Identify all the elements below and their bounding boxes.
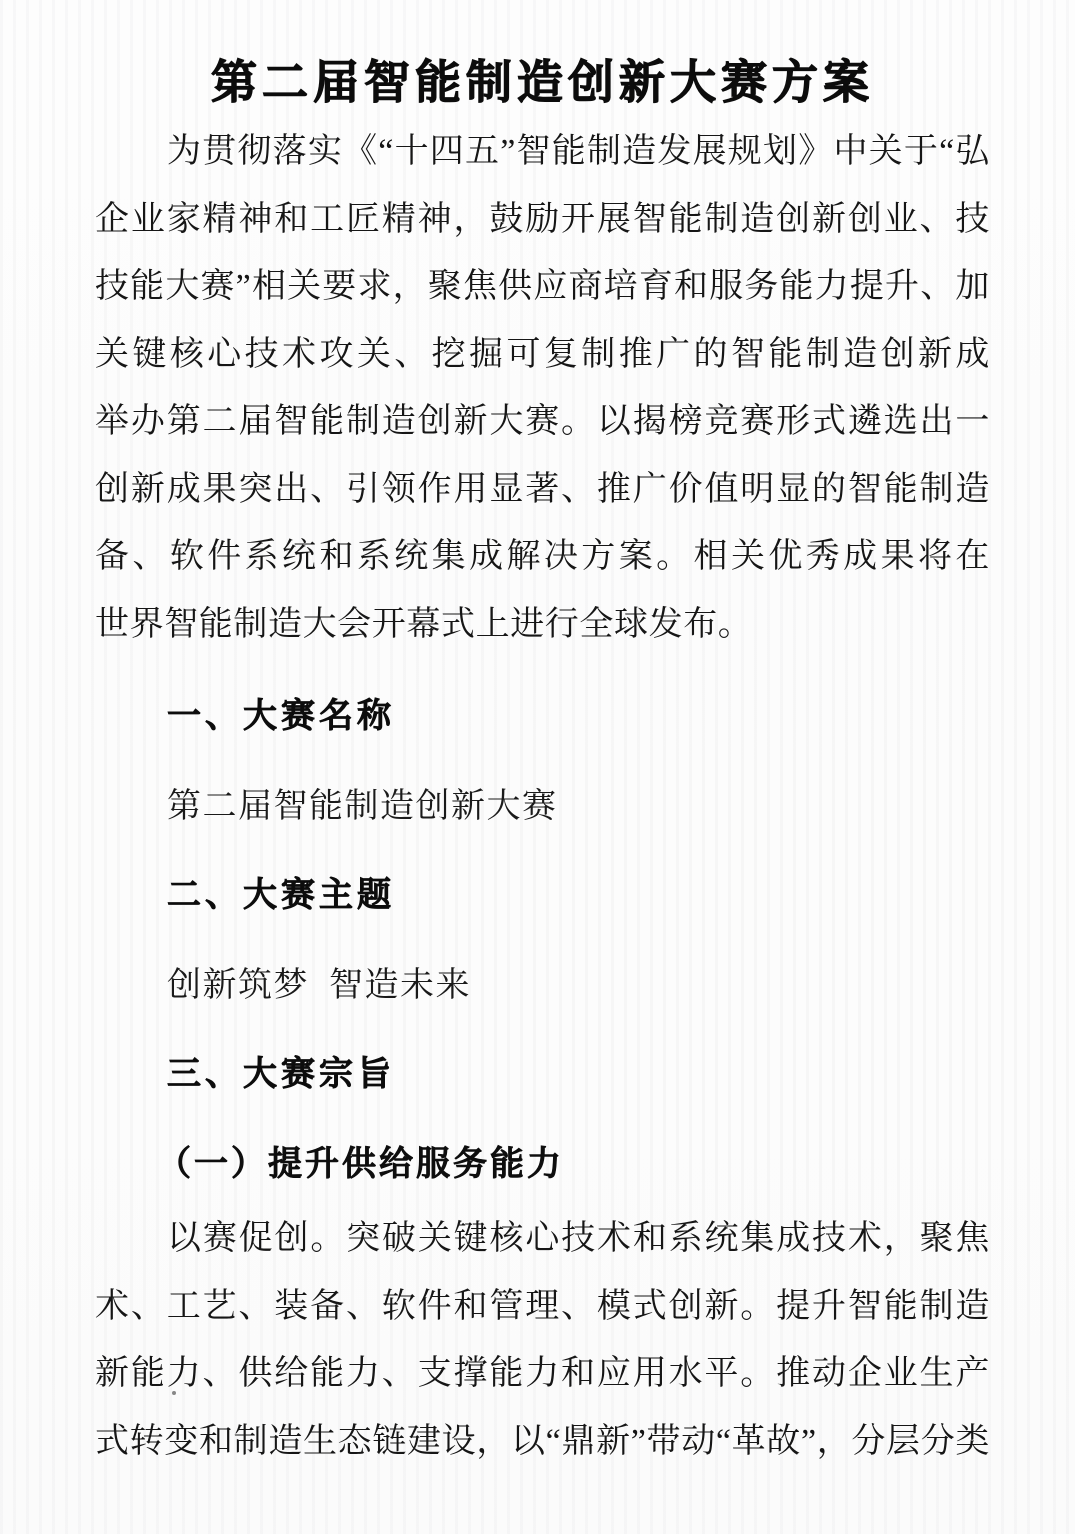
paragraph-line: 备、软件系统和系统集成解决方案。相关优秀成果将在 2022 [95, 523, 990, 591]
paragraph-line: 为贯彻落实《“十四五”智能制造发展规划》中关于“弘扬 [95, 118, 990, 186]
intro-paragraph: 为贯彻落实《“十四五”智能制造发展规划》中关于“弘扬 企业家精神和工匠精神，鼓励… [95, 118, 990, 658]
paragraph-line: 新能力、供给能力、支撑能力和应用水平。推动企业生产模 [95, 1340, 990, 1408]
paragraph-line: 术、工艺、装备、软件和管理、模式创新。提升智能制造创 [95, 1273, 990, 1341]
section-heading-3: 三、大赛宗旨 [95, 1041, 990, 1109]
paragraph-line: 技能大赛”相关要求，聚焦供应商培育和服务能力提升、加强 [95, 253, 990, 321]
section-heading-2: 二、大赛主题 [95, 862, 990, 930]
section-body-1: 第二届智能制造创新大赛 [95, 773, 990, 841]
scan-speck [172, 1391, 176, 1395]
paragraph-line: 世界智能制造大会开幕式上进行全球发布。 [95, 591, 990, 659]
section-body-2: 创新筑梦 智造未来 [95, 952, 990, 1020]
subsection-heading: （一）提升供给服务能力 [95, 1131, 990, 1199]
paragraph-line: 关键核心技术攻关、挖掘可复制推广的智能制造创新成果， [95, 321, 990, 389]
section-heading-1: 一、大赛名称 [95, 683, 990, 751]
paragraph-line: 举办第二届智能制造创新大赛。以揭榜竞赛形式遴选出一批 [95, 388, 990, 456]
document-page: 第二届智能制造创新大赛方案 为贯彻落实《“十四五”智能制造发展规划》中关于“弘扬… [0, 0, 1075, 1534]
paragraph-line: 创新成果突出、引领作用显著、推广价值明显的智能制造装 [95, 456, 990, 524]
paragraph-line: 企业家精神和工匠精神，鼓励开展智能制造创新创业、技术 [95, 186, 990, 254]
paragraph-line: 以赛促创。突破关键核心技术和系统集成技术，聚焦技 [95, 1205, 990, 1273]
paragraph-line: 式转变和制造生态链建设，以“鼎新”带动“革故”，分层分类 [95, 1408, 990, 1476]
document-title: 第二届智能制造创新大赛方案 [95, 0, 990, 118]
purpose-paragraph: 以赛促创。突破关键核心技术和系统集成技术，聚焦技 术、工艺、装备、软件和管理、模… [95, 1205, 990, 1475]
